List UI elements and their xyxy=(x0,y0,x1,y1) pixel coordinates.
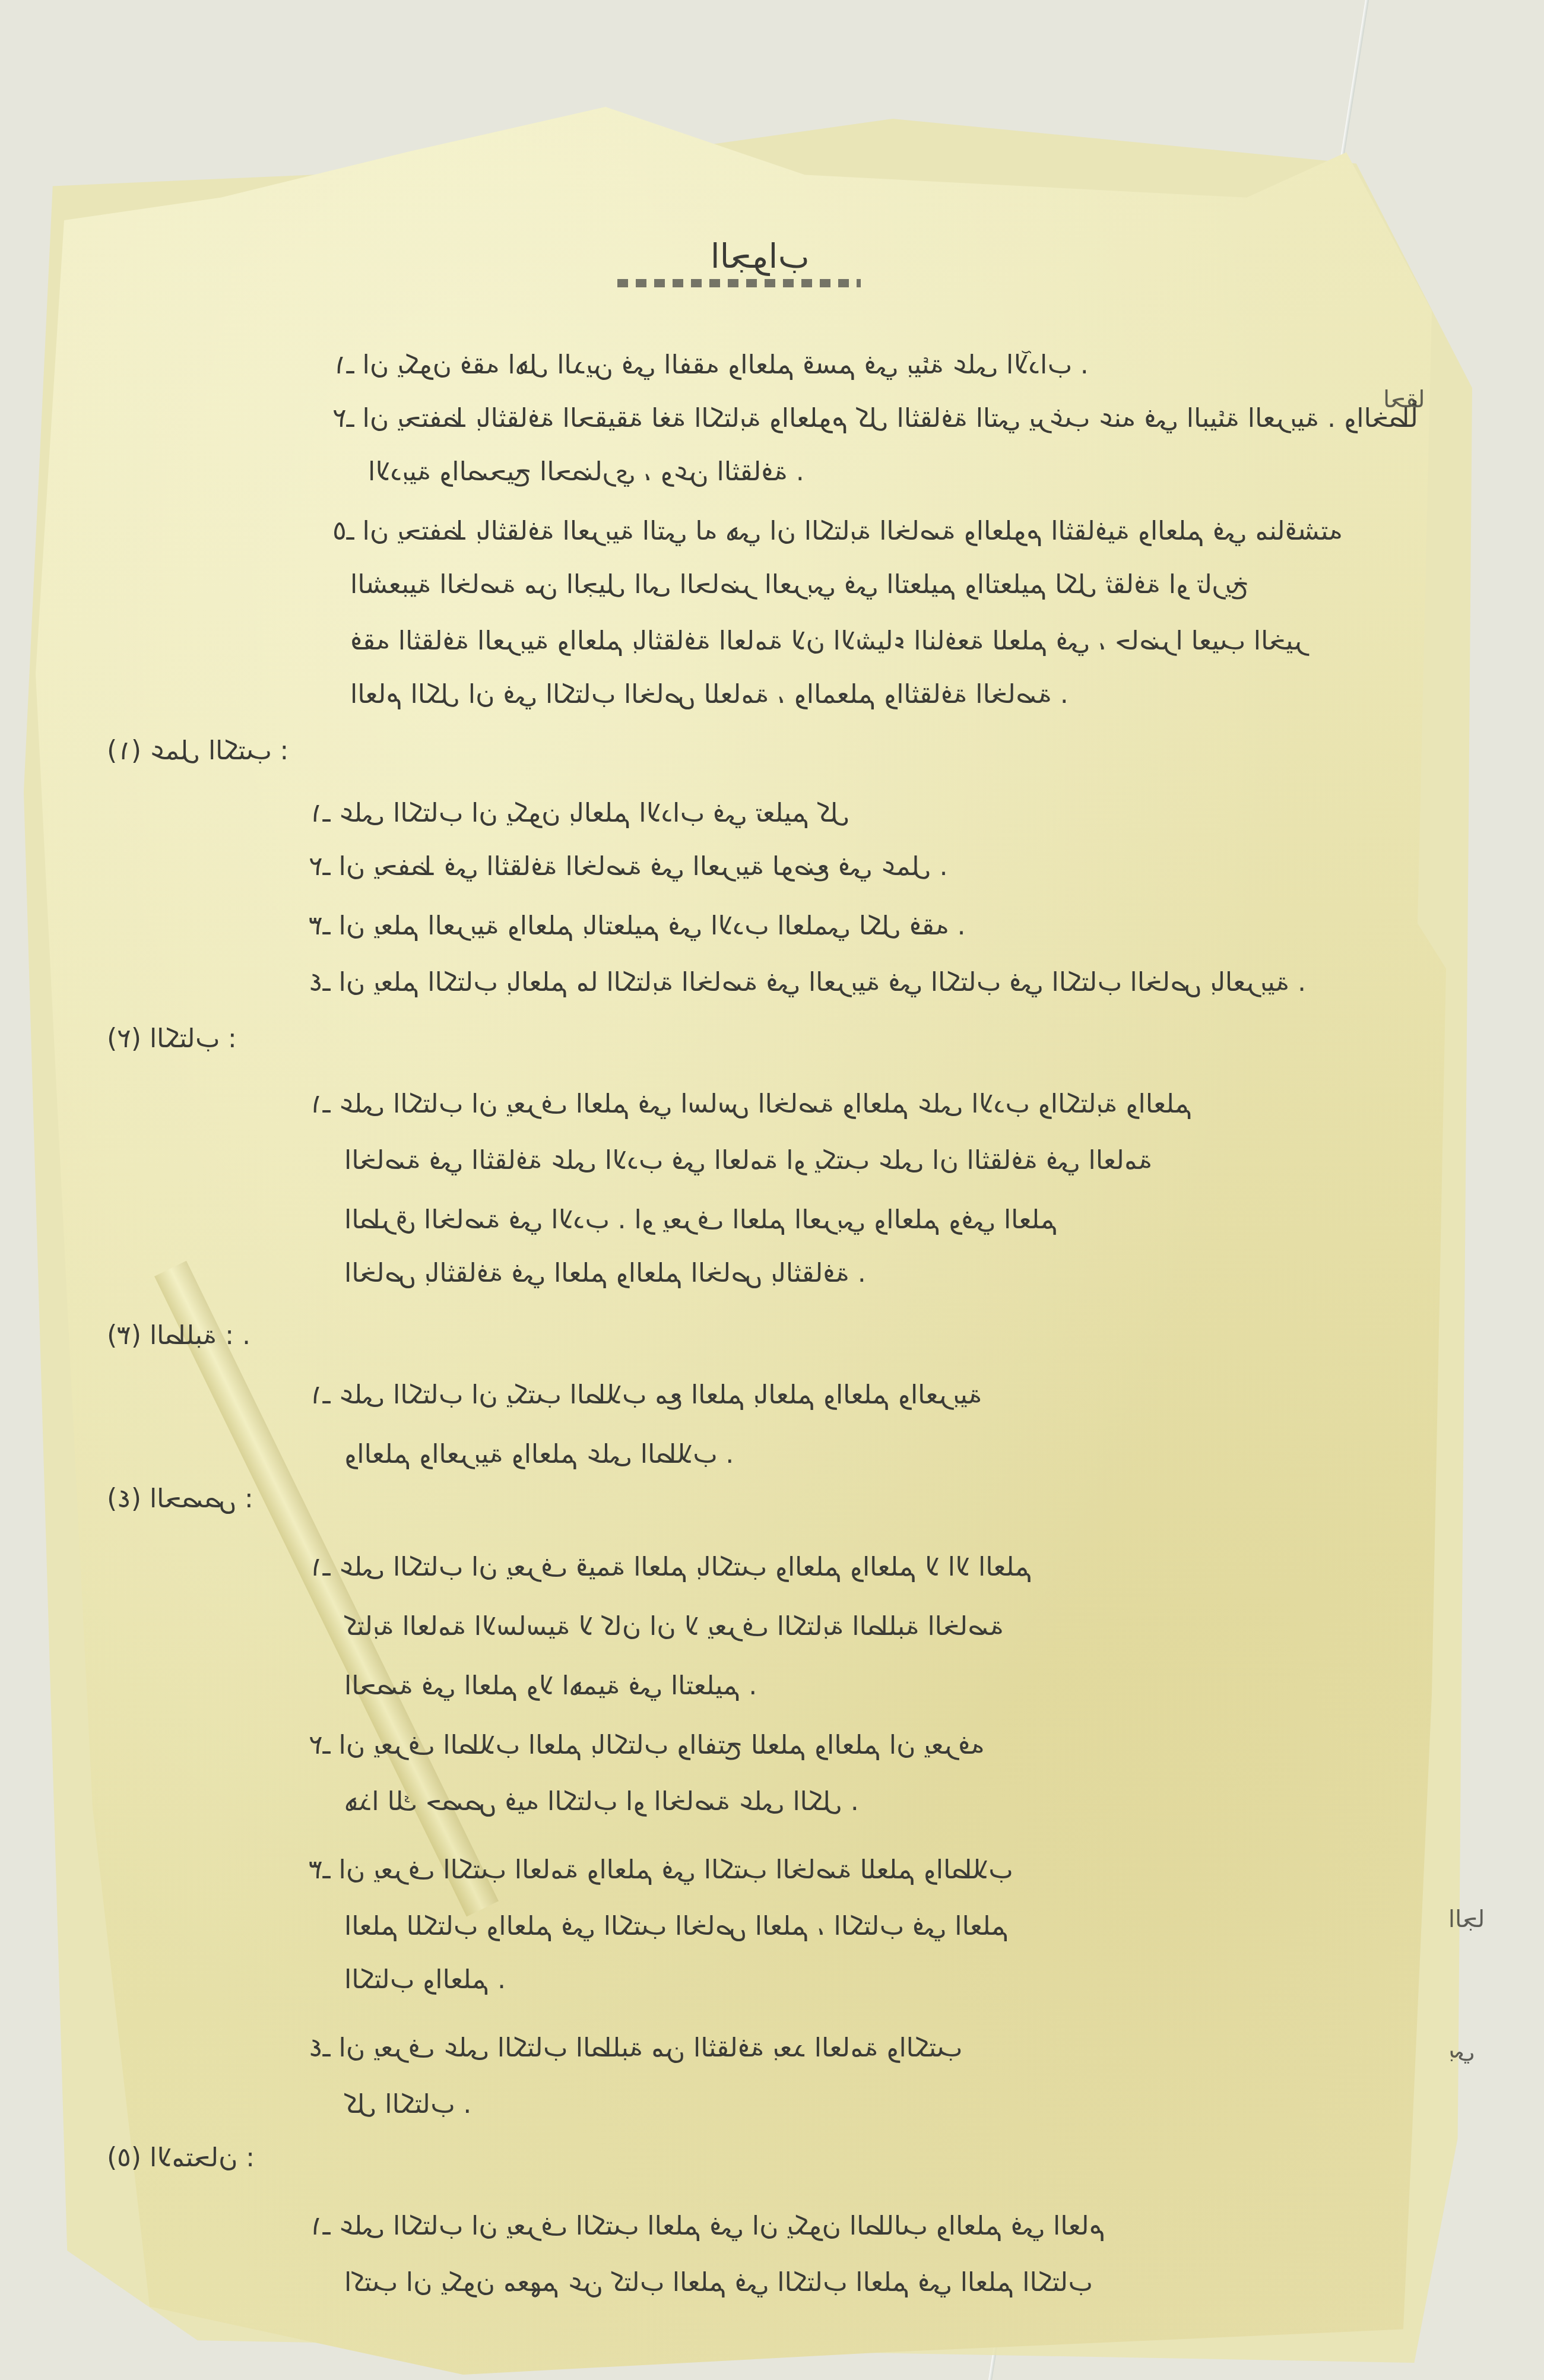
section-line-text: ١ـ على الكتاب ان يعرف العلم في اساس الخا… xyxy=(309,1086,1192,1122)
intro-line: ٢ـ ان يحتفظ بالثقافة الحقيقة لغة الكتابة… xyxy=(332,401,1418,436)
section-line-text: ١ـ على الكتاب ان يعرف الكتب العلم في ان … xyxy=(309,2208,1105,2244)
intro-line-text: ١ـ ان يكون فقه اهل الدين في الفقه والعلم… xyxy=(332,347,1089,383)
section-line: ١ـ على الكتاب ان يكون بالعلم الاداب في ت… xyxy=(309,796,849,831)
section-heading: (٤) الحصص : xyxy=(107,1481,253,1517)
edge-text-fragment-text: الجا xyxy=(1448,1906,1485,1933)
intro-line: ٥ـ ان يحتفظ بالثقافة العربية التي له هي … xyxy=(332,514,1343,549)
section-line-text: الحصة في العلم ولا اهمية في التعليم . xyxy=(344,1668,757,1704)
intro-line-text: الادبية والصحيح الحضاري ، وعن الثقافة . xyxy=(368,454,804,490)
intro-line: الادبية والصحيح الحضاري ، وعن الثقافة . xyxy=(368,454,804,490)
section-line: الخاصة في الثقافة على الادب في العامة او… xyxy=(344,1143,1152,1178)
section-line-text: الكتاب والعلم . xyxy=(344,1962,506,1998)
section-line: ١ـ على الكتاب ان يعرف الكتب العلم في ان … xyxy=(309,2208,1105,2244)
section-line-text: ١ـ على الكتاب ان يعرف قيمة العلم بالكتب … xyxy=(309,1549,1032,1585)
intro-line: الشعبية الخاصة من الجيل الى الحاضر العرب… xyxy=(350,567,1249,603)
document-title-text: الجواب xyxy=(711,237,809,276)
section-line: الكتاب والعلم . xyxy=(344,1962,506,1998)
section-line-text: كتابة العامة الاساسية لا كان ان لا يعرف … xyxy=(344,1609,1004,1644)
intro-line: فقه الثقافة العربية والعلم بالثقافة العا… xyxy=(350,623,1308,659)
section-line-text: الطرق الخاصة في الادب . او يعرف العلم ال… xyxy=(344,1202,1058,1238)
section-line-text: الخاص بالثقافة في العلم والعلم الخاص بال… xyxy=(344,1256,866,1291)
section-line: هذا لك حصص فيه الكتاب او الخاصة على الكل… xyxy=(344,1784,859,1820)
section-line: ٣ـ ان يعلم العربية والعلم بالتعليم في ال… xyxy=(309,908,966,944)
section-line: الخاص بالثقافة في العلم والعلم الخاص بال… xyxy=(344,1256,866,1291)
section-heading: (١) عمل الكتب : xyxy=(107,733,288,769)
section-line-text: ١ـ على الكتاب ان يكتب الطلاب مع العلم با… xyxy=(309,1377,982,1413)
section-line-text: ٤ـ ان يعلم الكتاب بالعلم ما الكتابة الخا… xyxy=(309,965,1306,1000)
section-line: ١ـ على الكتاب ان يكتب الطلاب مع العلم با… xyxy=(309,1377,982,1413)
section-heading: (٣) الطلبة : . xyxy=(107,1318,251,1354)
section-line-text: ٤ـ ان يعرف على الكتاب الطلبة من الثقافة … xyxy=(309,2030,962,2066)
section-line: اكتب ان يكون معهم عن كتاب العلم في الكتا… xyxy=(344,2265,1092,2300)
section-heading-text: (٥) الامتحان : xyxy=(107,2140,255,2176)
section-heading-text: (٤) الحصص : xyxy=(107,1481,253,1517)
section-line: ٤ـ ان يعرف على الكتاب الطلبة من الثقافة … xyxy=(309,2030,962,2066)
section-line: كل الكتاب . xyxy=(344,2087,471,2122)
intro-line-text: ٢ـ ان يحتفظ بالثقافة الحقيقة لغة الكتابة… xyxy=(332,401,1418,436)
intro-line-text: العام الكل ان في الكتاب الخاص للعامة ، و… xyxy=(350,677,1069,712)
section-line: ٣ـ ان يعرف الكتب العامة والعلم في الكتب … xyxy=(309,1852,1013,1888)
section-heading-text: (٣) الطلبة : . xyxy=(107,1318,251,1354)
section-line: ١ـ على الكتاب ان يعرف قيمة العلم بالكتب … xyxy=(309,1549,1032,1585)
intro-line-text: فقه الثقافة العربية والعلم بالثقافة العا… xyxy=(350,623,1308,659)
section-line-text: ٢ـ ان يعرف الطلاب العلم بالكتاب والفتح ل… xyxy=(309,1728,985,1763)
intro-line-text: الشعبية الخاصة من الجيل الى الحاضر العرب… xyxy=(350,567,1249,603)
section-line: العلم للكتاب والعلم في الكتب الخاص العلم… xyxy=(344,1909,1009,1944)
section-line-text: العلم للكتاب والعلم في الكتب الخاص العلم… xyxy=(344,1909,1009,1944)
section-line-text: ٣ـ ان يعلم العربية والعلم بالتعليم في ال… xyxy=(309,908,966,944)
document-title: الجواب xyxy=(617,237,902,276)
section-line: الطرق الخاصة في الادب . او يعرف العلم ال… xyxy=(344,1202,1058,1238)
edge-text-fragment: الجا xyxy=(1448,1906,1485,1933)
section-line-text: ١ـ على الكتاب ان يكون بالعلم الاداب في ت… xyxy=(309,796,849,831)
intro-line-text: ٥ـ ان يحتفظ بالثقافة العربية التي له هي … xyxy=(332,514,1343,549)
section-line: كتابة العامة الاساسية لا كان ان لا يعرف … xyxy=(344,1609,1004,1644)
edge-text-fragment: بي xyxy=(1448,2036,1475,2064)
section-line: ١ـ على الكتاب ان يعرف العلم في اساس الخا… xyxy=(309,1086,1192,1122)
section-line: ٢ـ ان يعرف الطلاب العلم بالكتاب والفتح ل… xyxy=(309,1728,985,1763)
section-heading-text: (١) عمل الكتب : xyxy=(107,733,288,769)
section-line: الحصة في العلم ولا اهمية في التعليم . xyxy=(344,1668,757,1704)
title-underline xyxy=(617,279,861,287)
section-line-text: ٣ـ ان يعرف الكتب العامة والعلم في الكتب … xyxy=(309,1852,1013,1888)
section-line-text: ٢ـ ان يحفظ في الثقافة الخاصة في العربية … xyxy=(309,849,947,885)
edge-text-fragment-text: بي xyxy=(1448,2036,1475,2064)
section-line: ٢ـ ان يحفظ في الثقافة الخاصة في العربية … xyxy=(309,849,947,885)
section-heading: (٢) الكتاب : xyxy=(107,1021,237,1057)
section-heading: (٥) الامتحان : xyxy=(107,2140,255,2176)
section-line: ٤ـ ان يعلم الكتاب بالعلم ما الكتابة الخا… xyxy=(309,965,1306,1000)
section-line-text: الخاصة في الثقافة على الادب في العامة او… xyxy=(344,1143,1152,1178)
section-line-text: اكتب ان يكون معهم عن كتاب العلم في الكتا… xyxy=(344,2265,1092,2300)
intro-line: العام الكل ان في الكتاب الخاص للعامة ، و… xyxy=(350,677,1069,712)
section-heading-text: (٢) الكتاب : xyxy=(107,1021,237,1057)
intro-line: ١ـ ان يكون فقه اهل الدين في الفقه والعلم… xyxy=(332,347,1089,383)
edge-text-fragment-text: لحقا xyxy=(1383,386,1425,413)
section-line-text: كل الكتاب . xyxy=(344,2087,471,2122)
edge-text-fragment: لحقا xyxy=(1383,386,1425,413)
section-line-text: والعلم والعربية والعلم على الطلاب . xyxy=(344,1437,734,1472)
section-line-text: هذا لك حصص فيه الكتاب او الخاصة على الكل… xyxy=(344,1784,859,1820)
section-line: والعلم والعربية والعلم على الطلاب . xyxy=(344,1437,734,1472)
